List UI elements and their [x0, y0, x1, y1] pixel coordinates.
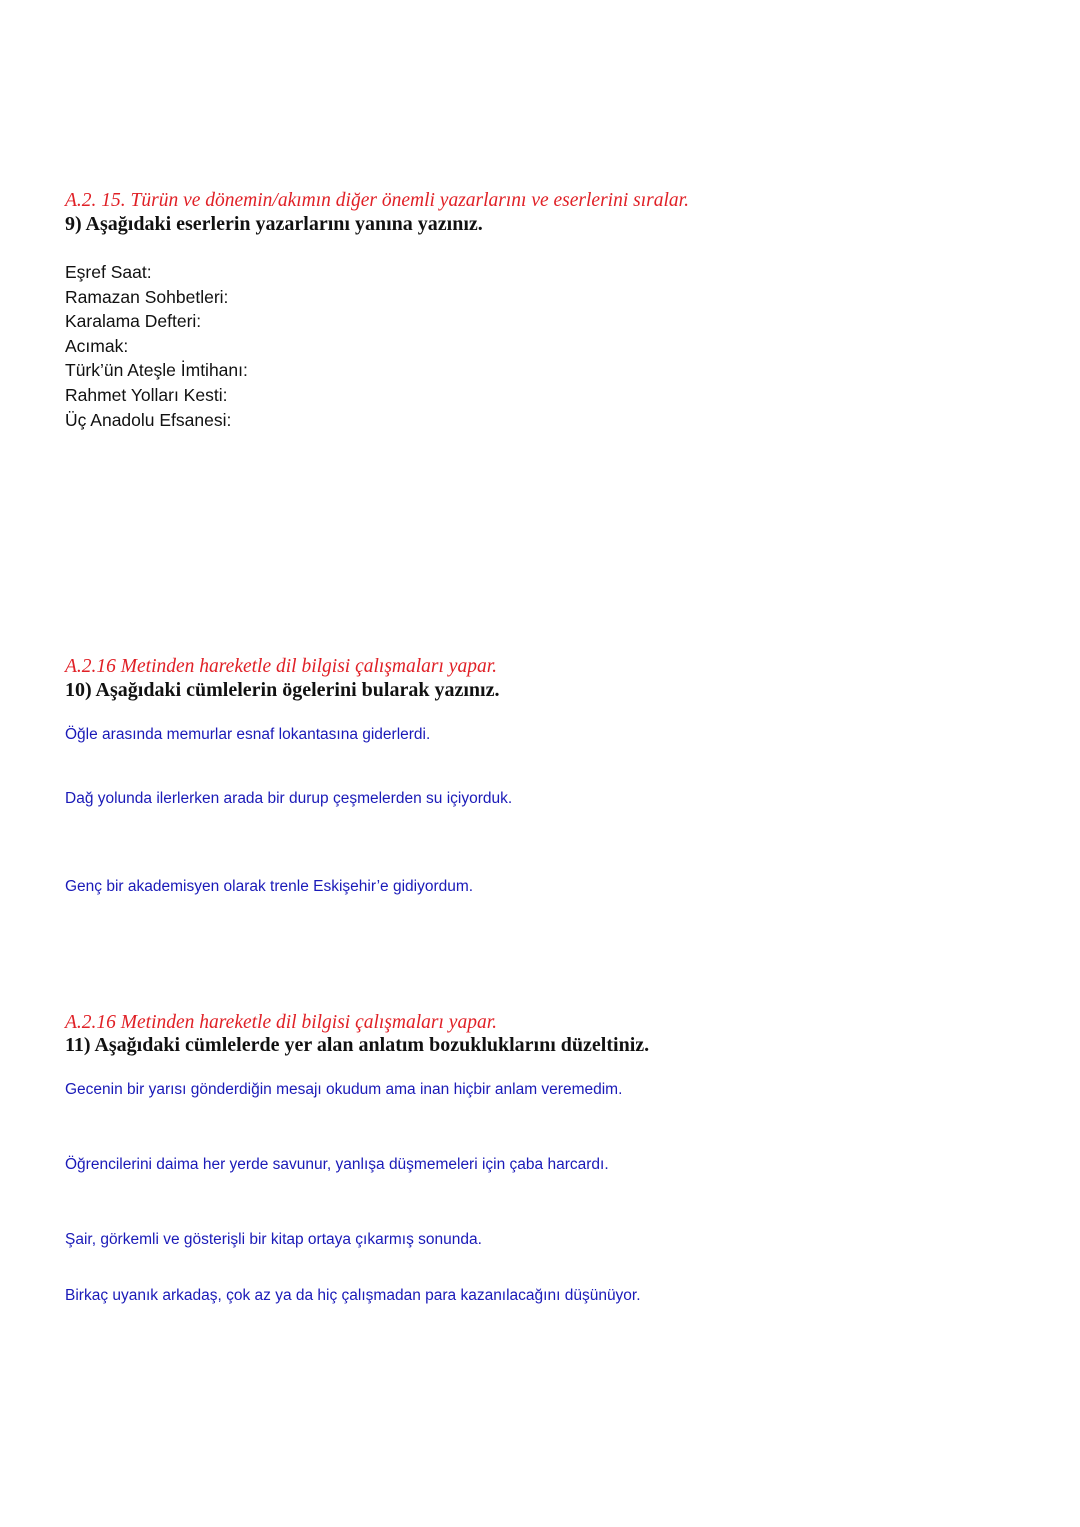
learning-objective: A.2.16 Metinden hareketle dil bilgisi ça…: [65, 656, 497, 678]
sentence: Dağ yolunda ilerlerken arada bir durup ç…: [65, 790, 512, 808]
sentence: Gecenin bir yarısı gönderdiğin mesajı ok…: [65, 1081, 622, 1099]
question-heading: 10) Aşağıdaki cümlelerin ögelerini bular…: [65, 679, 499, 701]
work-item: Ramazan Sohbetleri:: [65, 285, 248, 310]
work-item: Karalama Defteri:: [65, 309, 248, 334]
work-item: Acımak:: [65, 334, 248, 359]
learning-objective: A.2. 15. Türün ve dönemin/akımın diğer ö…: [65, 190, 689, 212]
sentence: Öğle arasında memurlar esnaf lokantasına…: [65, 726, 430, 744]
work-item: Üç Anadolu Efsanesi:: [65, 408, 248, 433]
works-list: Eşref Saat: Ramazan Sohbetleri: Karalama…: [65, 260, 248, 432]
sentence: Genç bir akademisyen olarak trenle Eskiş…: [65, 878, 473, 896]
learning-objective: A.2.16 Metinden hareketle dil bilgisi ça…: [65, 1012, 497, 1034]
sentence: Şair, görkemli ve gösterişli bir kitap o…: [65, 1231, 482, 1249]
work-item: Türk’ün Ateşle İmtihanı:: [65, 358, 248, 383]
sentence: Öğrencilerini daima her yerde savunur, y…: [65, 1156, 609, 1174]
work-item: Rahmet Yolları Kesti:: [65, 383, 248, 408]
work-item: Eşref Saat:: [65, 260, 248, 285]
question-heading: 11) Aşağıdaki cümlelerde yer alan anlatı…: [65, 1034, 649, 1056]
sentence: Birkaç uyanık arkadaş, çok az ya da hiç …: [65, 1287, 641, 1305]
question-heading: 9) Aşağıdaki eserlerin yazarlarını yanın…: [65, 213, 483, 235]
